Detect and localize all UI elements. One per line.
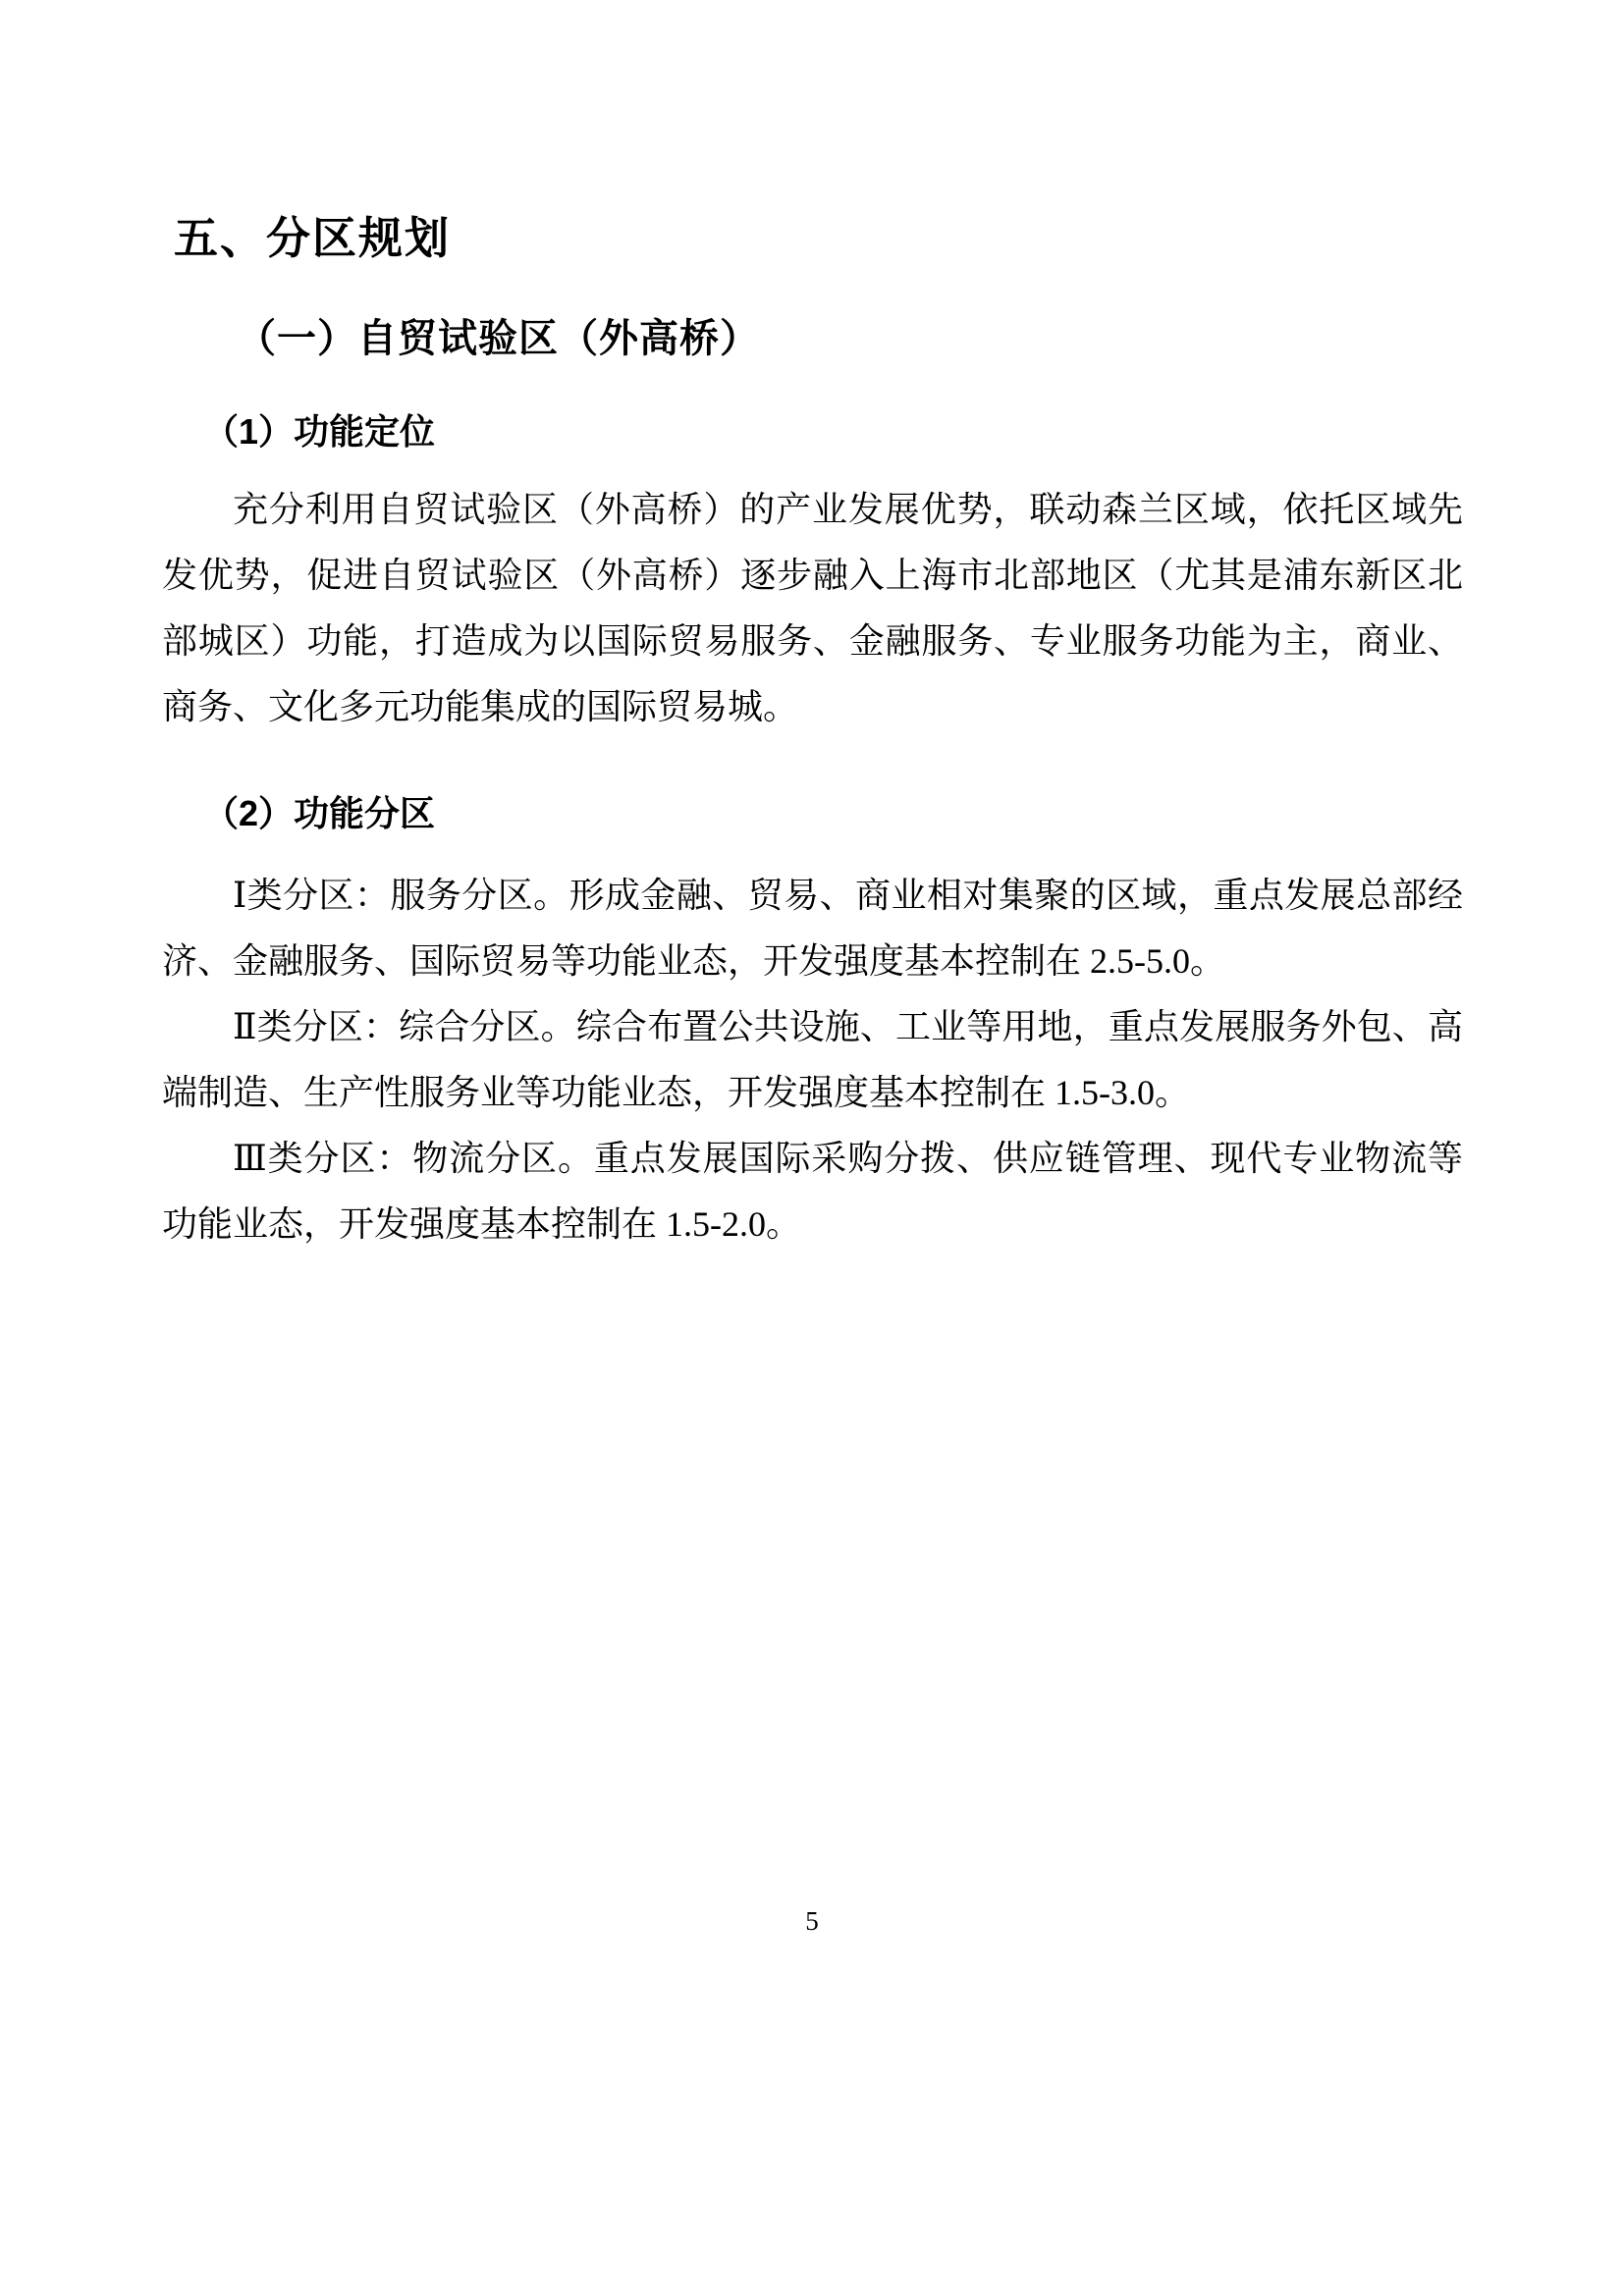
document-page: 五、分区规划 （一）自贸试验区（外高桥） （1）功能定位 充分利用自贸试验区（外… [0,0,1624,2296]
paragraph-zone-2: Ⅱ类分区：综合分区。综合布置公共设施、工业等用地，重点发展服务外包、高端制造、生… [162,994,1463,1126]
page-number: 5 [0,1905,1624,1937]
subsection-heading-function-positioning: （1）功能定位 [203,414,1463,450]
paragraph-zone-1: Ⅰ类分区：服务分区。形成金融、贸易、商业相对集聚的区域，重点发展总部经济、金融服… [162,863,1463,994]
zone-paragraphs: Ⅰ类分区：服务分区。形成金融、贸易、商业相对集聚的区域，重点发展总部经济、金融服… [162,863,1463,1257]
section-heading: （一）自贸试验区（外高桥） [237,319,1463,358]
chapter-heading: 五、分区规划 [174,216,1463,260]
paragraph-zone-3: Ⅲ类分区：物流分区。重点发展国际采购分拨、供应链管理、现代专业物流等功能业态，开… [162,1126,1463,1257]
subsection-heading-function-zoning: （2）功能分区 [203,796,1463,831]
paragraph-function-positioning: 充分利用自贸试验区（外高桥）的产业发展优势，联动森兰区域，依托区域先发优势，促进… [162,477,1463,740]
